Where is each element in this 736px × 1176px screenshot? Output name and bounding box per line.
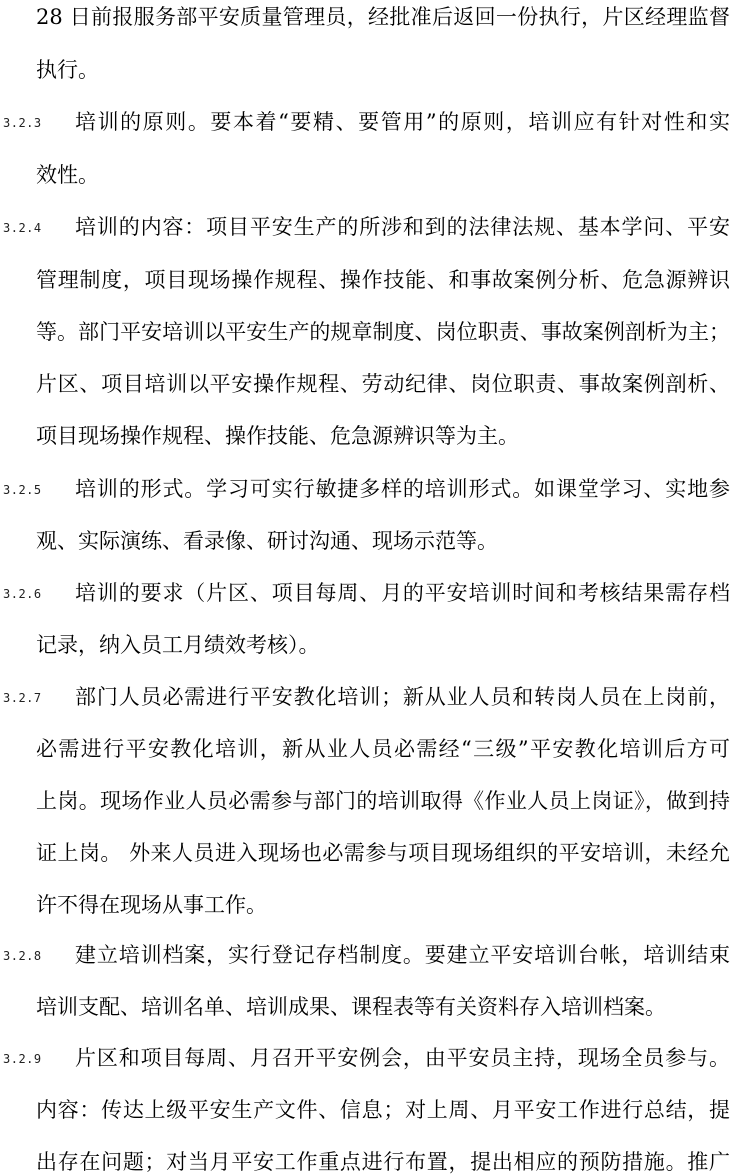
- paragraph-line: 上岗。现场作业人员必需参与部门的培训取得《作业人员上岗证》，做到持: [36, 786, 730, 816]
- paragraph-line: 培训的形式。学习可实行敏捷多样的培训形式。如课堂学习、实地参: [75, 474, 730, 504]
- paragraph-line: 出存在问题；对当月平安工作重点进行布置，提出相应的预防措施。推广: [36, 1147, 730, 1176]
- paragraph-line: 等。部门平安培训以平安生产的规章制度、岗位职责、事故案例剖析为主；: [36, 317, 730, 347]
- paragraph-line: 培训的要求（片区、项目每周、月的平安培训时间和考核结果需存档: [75, 578, 730, 608]
- section-number: 3.2.4: [3, 213, 42, 243]
- paragraph-line: 内容：传达上级平安生产文件、信息；对上周、月平安工作进行总结，提: [36, 1095, 730, 1125]
- paragraph-line: 记录，纳入员工月绩效考核）。: [36, 630, 320, 660]
- paragraph-line: 执行。: [36, 55, 99, 85]
- section-number: 3.2.5: [3, 475, 42, 505]
- paragraph-line: 观、实际演练、看录像、研讨沟通、现场示范等。: [36, 526, 498, 556]
- section-number: 3.2.7: [3, 683, 42, 713]
- section-number: 3.2.3: [3, 108, 42, 138]
- paragraph-line: 部门人员必需进行平安教化培训；新从业人员和转岗人员在上岗前，: [75, 682, 730, 712]
- paragraph-line: 建立培训档案，实行登记存档制度。要建立平安培训台帐，培训结束: [75, 940, 730, 970]
- paragraph-line: 项目现场操作规程、操作技能、危急源辨识等为主。: [36, 421, 519, 451]
- paragraph-line: 培训的原则。要本着“要精、要管用”的原则，培训应有针对性和实: [75, 107, 730, 137]
- section-number: 3.2.8: [3, 941, 42, 971]
- paragraph-line: 管理制度，项目现场操作规程、操作技能、和事故案例分析、危急源辨识: [36, 265, 730, 295]
- document-page: 28 日前报服务部平安质量管理员，经批准后返回一份执行，片区经理监督 执行。 3…: [0, 0, 736, 1176]
- paragraph-line: 培训支配、培训名单、培训成果、课程表等有关资料存入培训档案。: [36, 992, 666, 1022]
- section-number: 3.2.6: [3, 579, 42, 609]
- paragraph-line: 28 日前报服务部平安质量管理员，经批准后返回一份执行，片区经理监督: [36, 2, 730, 32]
- paragraph-line: 培训的内容：项目平安生产的所涉和到的法律法规、基本学问、平安: [75, 212, 730, 242]
- paragraph-line: 片区、项目培训以平安操作规程、劳动纪律、岗位职责、事故案例剖析、: [36, 369, 730, 399]
- section-number: 3.2.9: [3, 1044, 42, 1074]
- paragraph-line: 许不得在现场从事工作。: [36, 890, 267, 920]
- paragraph-line: 效性。: [36, 160, 99, 190]
- paragraph-line: 片区和项目每周、月召开平安例会，由平安员主持，现场全员参与。: [75, 1043, 730, 1073]
- paragraph-line: 必需进行平安教化培训，新从业人员必需经“三级”平安教化培训后方可: [36, 734, 730, 764]
- paragraph-line: 证上岗。 外来人员进入现场也必需参与项目现场组织的平安培训，未经允: [36, 838, 730, 868]
